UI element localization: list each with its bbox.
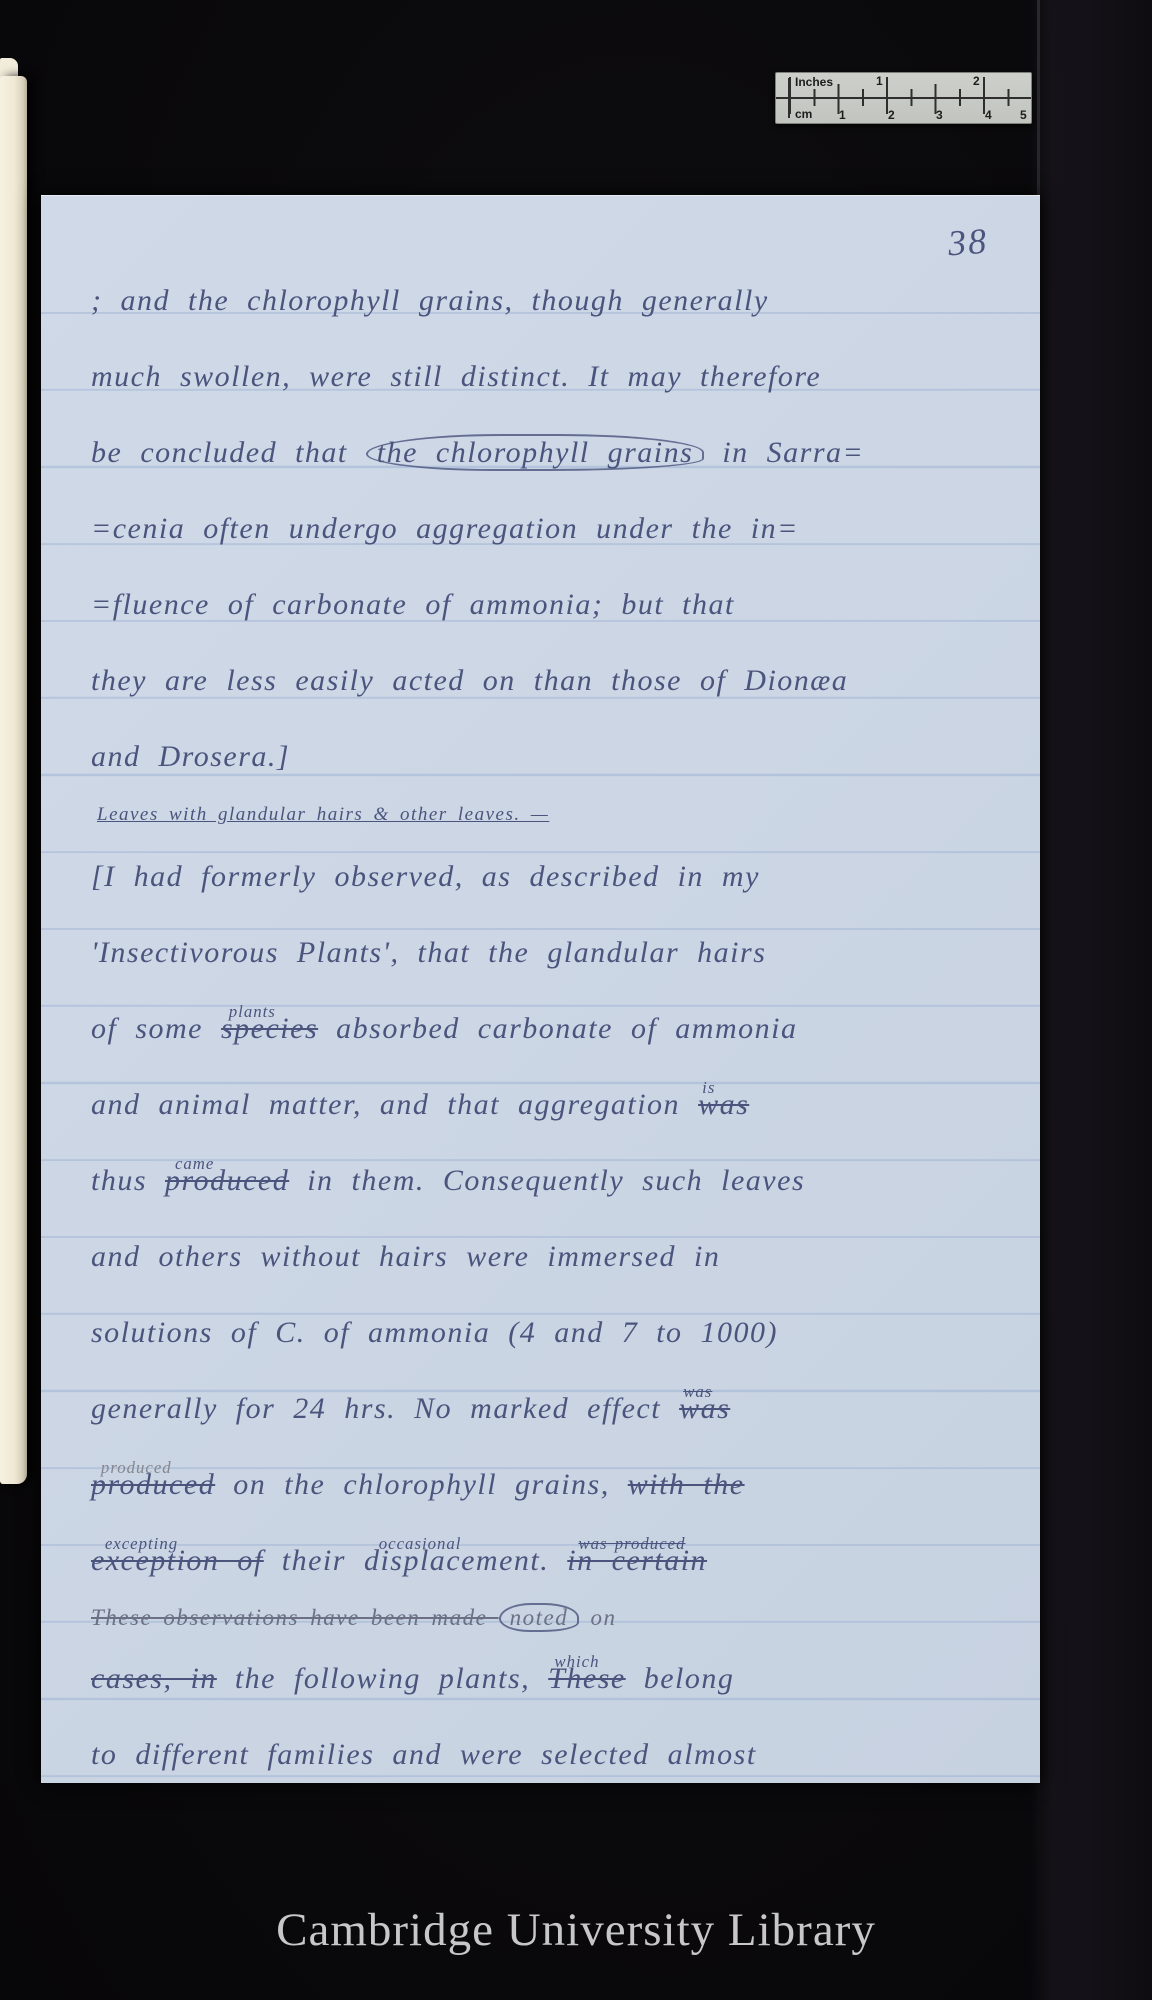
ruler-cm-number: 3	[936, 108, 943, 122]
manuscript-segment: and animal matter, and that aggregation	[91, 1088, 698, 1121]
interlinear-insertion: which	[554, 1654, 599, 1671]
interlinear-insertion: was produced	[578, 1536, 685, 1553]
ruler-cm-number: 5	[1020, 108, 1027, 122]
ruler-cm-number: 2	[888, 108, 895, 122]
manuscript-segment: on the chlorophyll grains,	[215, 1468, 628, 1501]
manuscript-line: exception ofexcepting their displacement…	[91, 1523, 1010, 1599]
manuscript-segment: =fluence of carbonate of ammonia; but th…	[91, 588, 735, 621]
manuscript-segment: 'Insectivorous Plants', that the glandul…	[91, 936, 766, 969]
manuscript-segment: the chlorophyll grains	[366, 434, 705, 471]
manuscript-segment: and others without hairs were immersed i…	[91, 1240, 720, 1273]
manuscript-line: and others without hairs were immersed i…	[91, 1219, 1010, 1295]
interlinear-insertion: produced	[101, 1460, 172, 1477]
manuscript-line: [I had formerly observed, as described i…	[91, 839, 1010, 915]
manuscript-line: and animal matter, and that aggregation …	[91, 1067, 1010, 1143]
manuscript-segment: in them. Consequently such leaves	[289, 1164, 805, 1197]
manuscript-segment: exception ofexcepting	[91, 1544, 264, 1577]
manuscript-line: Leaves with glandular hairs & other leav…	[91, 795, 1010, 839]
manuscript-segment: and Drosera.]	[91, 740, 290, 773]
page-number: 38	[947, 220, 990, 265]
interlinear-insertion: plants	[229, 1004, 276, 1021]
manuscript-segment: solutions of C. of ammonia (4 and 7 to 1…	[91, 1316, 778, 1349]
manuscript-segment: much swollen, were still distinct. It ma…	[91, 360, 821, 393]
manuscript-segment: noted	[499, 1603, 580, 1632]
manuscript-segment: be concluded that	[91, 436, 366, 469]
manuscript-line: =fluence of carbonate of ammonia; but th…	[91, 567, 1010, 643]
interlinear-insertion: was	[683, 1384, 712, 1401]
book-page-edges	[0, 76, 27, 1484]
scale-ruler: Inches cm 1 2 1 2 3 4 5	[775, 72, 1032, 124]
manuscript-segment: waswas	[679, 1392, 730, 1425]
manuscript-segment: wasis	[698, 1088, 749, 1121]
manuscript-segment: their	[264, 1544, 364, 1577]
manuscript-segment: on	[579, 1605, 616, 1630]
manuscript-line: to different families and were selected …	[91, 1717, 1010, 1793]
manuscript-segment	[549, 1544, 567, 1577]
ruler-inch-number: 2	[973, 74, 980, 88]
manuscript-line: cases, in the following plants, Thesewhi…	[91, 1641, 1010, 1717]
manuscript-segment: belong	[626, 1662, 735, 1695]
manuscript-segment: in Sarra=	[704, 436, 864, 469]
manuscript-segment: producedproduced	[91, 1468, 215, 1501]
manuscript-segment: producedcame	[165, 1164, 289, 1197]
manuscript-segment: Thesewhich	[548, 1662, 626, 1695]
manuscript-segment: generally for 24 hrs. No marked effect	[91, 1392, 679, 1425]
manuscript-line: they are less easily acted on than those…	[91, 643, 1010, 719]
manuscript-line: =cenia often undergo aggregation under t…	[91, 491, 1010, 567]
manuscript-line: producedproduced on the chlorophyll grai…	[91, 1447, 1010, 1523]
manuscript-segment: in certainwas produced	[567, 1544, 707, 1577]
manuscript-segment: the following plants,	[217, 1662, 548, 1695]
manuscript-segment: cases, in	[91, 1662, 217, 1695]
manuscript-segment: These observations have been made	[91, 1605, 499, 1630]
manuscript-segment: displacement.occasional	[364, 1544, 549, 1577]
manuscript-line: These observations have been made noted …	[91, 1599, 1010, 1641]
manuscript-line: solutions of C. of ammonia (4 and 7 to 1…	[91, 1295, 1010, 1371]
manuscript-segment: to different families and were selected …	[91, 1738, 757, 1771]
interlinear-insertion: excepting	[105, 1536, 178, 1553]
interlinear-insertion: is	[702, 1080, 715, 1097]
ruler-cm-number: 4	[985, 108, 992, 122]
library-caption: Cambridge University Library	[0, 1903, 1152, 1957]
manuscript-line: 'Insectivorous Plants', that the glandul…	[91, 915, 1010, 991]
manuscript-line: of some speciesplants absorbed carbonate…	[91, 991, 1010, 1067]
photograph-stage: Inches cm 1 2 1 2 3 4 5 38 ; and the chl…	[0, 0, 1152, 2000]
manuscript-line: thus producedcame in them. Consequently …	[91, 1143, 1010, 1219]
ruler-cm-label: cm	[795, 107, 812, 121]
manuscript-segment: [I had formerly observed, as described i…	[91, 860, 760, 893]
manuscript-segment: =cenia often undergo aggregation under t…	[91, 512, 799, 545]
manuscript-segment: with the	[628, 1468, 745, 1501]
manuscript-segment: thus	[91, 1164, 165, 1197]
manuscript-page: 38 ; and the chlorophyll grains, though …	[41, 195, 1040, 1783]
ruler-cm-ticks	[789, 99, 1028, 114]
manuscript-line: much swollen, were still distinct. It ma…	[91, 339, 1010, 415]
manuscript-segment: absorbed carbonate of ammonia	[318, 1012, 797, 1045]
manuscript-line: and Drosera.]	[91, 719, 1010, 795]
manuscript-segment: Leaves with glandular hairs & other leav…	[97, 804, 549, 825]
ruler-cm-number: 1	[839, 108, 846, 122]
manuscript-segment: speciesplants	[221, 1012, 318, 1045]
manuscript-segment: ; and the chlorophyll grains, though gen…	[91, 284, 769, 317]
ruler-inches-label: Inches	[795, 75, 833, 89]
ruler-inch-number: 1	[876, 74, 883, 88]
interlinear-insertion: came	[175, 1156, 214, 1173]
manuscript-line: ; and the chlorophyll grains, though gen…	[91, 263, 1010, 339]
manuscript-segment: they are less easily acted on than those…	[91, 664, 848, 697]
manuscript-line: be concluded that the chlorophyll grains…	[91, 415, 1010, 491]
manuscript-text: ; and the chlorophyll grains, though gen…	[91, 263, 1010, 1793]
manuscript-segment: of some	[91, 1012, 221, 1045]
manuscript-line: generally for 24 hrs. No marked effect w…	[91, 1371, 1010, 1447]
velvet-backdrop-fold	[1030, 0, 1152, 2000]
interlinear-insertion: occasional	[379, 1536, 462, 1553]
